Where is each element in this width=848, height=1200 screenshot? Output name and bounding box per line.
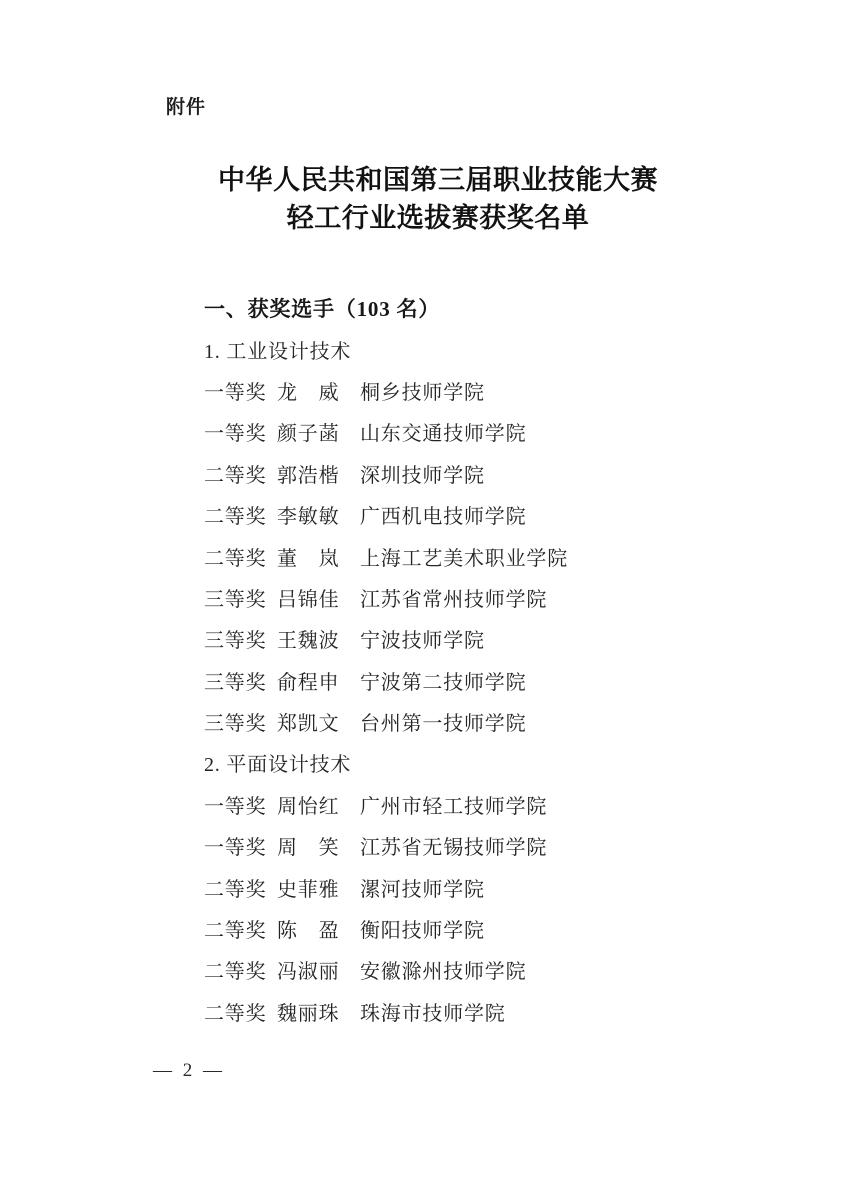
- award-level: 二等奖: [204, 459, 268, 488]
- section-heading: 一、获奖选手（103 名）: [204, 287, 788, 328]
- winner-row: 二等奖陈 盈衡阳技师学院: [204, 908, 788, 949]
- winner-school: 宁波第二技师学院: [360, 666, 526, 695]
- category-label: 2. 平面设计技术: [204, 742, 788, 783]
- winner-name: 史菲雅: [277, 873, 339, 902]
- winner-row: 二等奖魏丽珠珠海市技师学院: [204, 991, 788, 1032]
- award-level: 三等奖: [204, 666, 268, 695]
- winner-name: 陈 盈: [277, 914, 339, 943]
- winner-school: 山东交通技师学院: [360, 417, 526, 446]
- winner-school: 广州市轻工技师学院: [360, 790, 547, 819]
- winner-row: 三等奖王魏波宁波技师学院: [204, 618, 788, 659]
- winner-school: 江苏省常州技师学院: [360, 583, 547, 612]
- winner-school: 桐乡技师学院: [360, 376, 485, 405]
- award-level: 三等奖: [204, 707, 268, 736]
- categories: 1. 工业设计技术一等奖龙 威桐乡技师学院一等奖颜子菡山东交通技师学院二等奖郭浩…: [204, 328, 788, 1032]
- winner-name: 郭浩楷: [277, 459, 339, 488]
- winner-name: 颜子菡: [277, 417, 339, 446]
- winner-school: 上海工艺美术职业学院: [360, 542, 568, 571]
- award-level: 二等奖: [204, 500, 268, 529]
- category-label: 1. 工业设计技术: [204, 328, 788, 369]
- winner-name: 龙 威: [277, 376, 339, 405]
- winner-row: 二等奖冯淑丽安徽滁州技师学院: [204, 949, 788, 990]
- winner-school: 江苏省无锡技师学院: [360, 831, 547, 860]
- award-level: 二等奖: [204, 873, 268, 902]
- award-level: 二等奖: [204, 997, 268, 1026]
- winner-row: 一等奖颜子菡山东交通技师学院: [204, 411, 788, 452]
- document-title-line-1: 中华人民共和国第三届职业技能大赛: [14, 161, 848, 199]
- winner-row: 一等奖周 笑江苏省无锡技师学院: [204, 825, 788, 866]
- award-level: 一等奖: [204, 376, 268, 405]
- winner-school: 珠海市技师学院: [360, 997, 506, 1026]
- winner-row: 二等奖董 岚上海工艺美术职业学院: [204, 535, 788, 576]
- footer-page-number: — 2 —: [153, 1060, 225, 1082]
- award-level: 二等奖: [204, 914, 268, 943]
- winner-row: 三等奖吕锦佳江苏省常州技师学院: [204, 577, 788, 618]
- winner-name: 魏丽珠: [277, 997, 339, 1026]
- winner-school: 安徽滁州技师学院: [360, 955, 526, 984]
- winner-row: 一等奖周怡红广州市轻工技师学院: [204, 784, 788, 825]
- winner-school: 广西机电技师学院: [360, 500, 526, 529]
- winner-name: 冯淑丽: [277, 955, 339, 984]
- document-page: 附件 中华人民共和国第三届职业技能大赛 轻工行业选拔赛获奖名单 一、获奖选手（1…: [0, 0, 848, 1200]
- document-title-line-2: 轻工行业选拔赛获奖名单: [14, 199, 848, 237]
- winner-school: 台州第一技师学院: [360, 707, 526, 736]
- winner-name: 郑凯文: [277, 707, 339, 736]
- award-level: 一等奖: [204, 790, 268, 819]
- document-title: 中华人民共和国第三届职业技能大赛 轻工行业选拔赛获奖名单: [14, 161, 848, 237]
- winner-name: 周怡红: [277, 790, 339, 819]
- winner-name: 周 笑: [277, 831, 339, 860]
- winner-school: 衡阳技师学院: [360, 914, 485, 943]
- winner-name: 董 岚: [277, 542, 339, 571]
- winner-name: 吕锦佳: [277, 583, 339, 612]
- winners-list: 一、获奖选手（103 名） 1. 工业设计技术一等奖龙 威桐乡技师学院一等奖颜子…: [204, 287, 788, 1032]
- award-level: 一等奖: [204, 831, 268, 860]
- winner-school: 深圳技师学院: [360, 459, 485, 488]
- attachment-label: 附件: [166, 92, 206, 119]
- winner-row: 二等奖史菲雅漯河技师学院: [204, 866, 788, 907]
- winner-school: 漯河技师学院: [360, 873, 485, 902]
- winner-row: 三等奖郑凯文台州第一技师学院: [204, 701, 788, 742]
- winner-row: 二等奖郭浩楷深圳技师学院: [204, 453, 788, 494]
- award-level: 三等奖: [204, 624, 268, 653]
- winner-row: 一等奖龙 威桐乡技师学院: [204, 370, 788, 411]
- award-level: 三等奖: [204, 583, 268, 612]
- winner-name: 俞程申: [277, 666, 339, 695]
- award-level: 二等奖: [204, 542, 268, 571]
- winner-row: 二等奖李敏敏广西机电技师学院: [204, 494, 788, 535]
- winner-school: 宁波技师学院: [360, 624, 485, 653]
- winner-row: 三等奖俞程申宁波第二技师学院: [204, 660, 788, 701]
- winner-name: 王魏波: [277, 624, 339, 653]
- winner-name: 李敏敏: [277, 500, 339, 529]
- award-level: 二等奖: [204, 955, 268, 984]
- award-level: 一等奖: [204, 417, 268, 446]
